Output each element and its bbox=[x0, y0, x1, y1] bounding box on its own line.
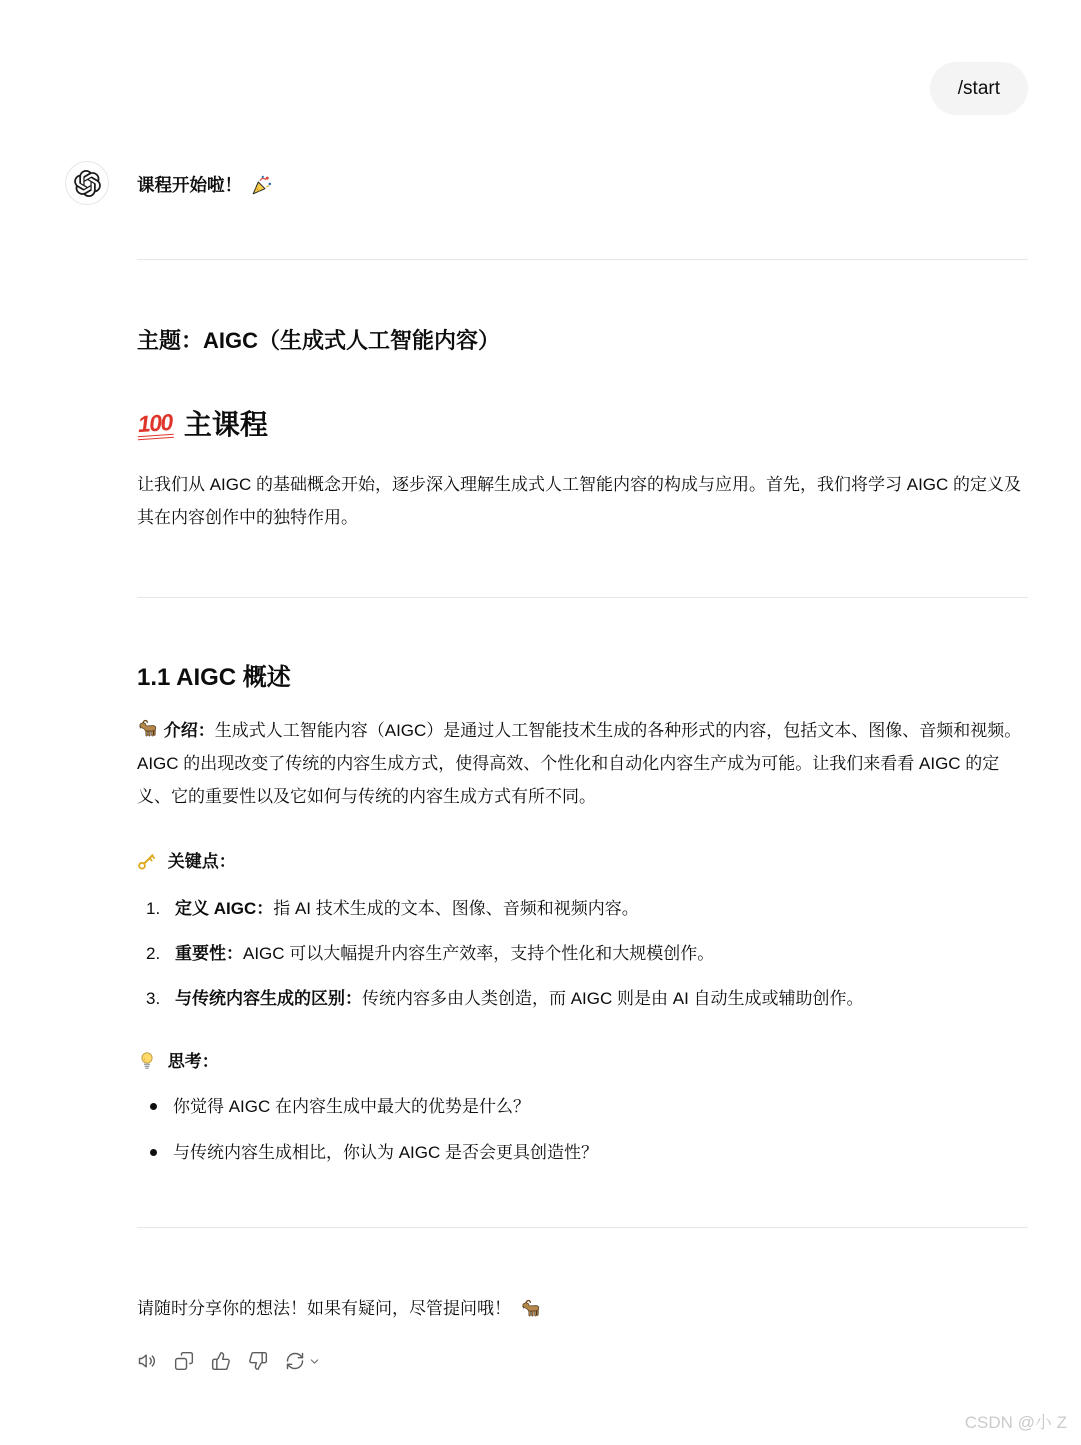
keypoint-desc: 指 AI 技术生成的文本、图像、音频和视频内容。 bbox=[273, 899, 639, 918]
keypoint-term: 定义 AIGC： bbox=[175, 899, 273, 918]
user-message-row: /start bbox=[0, 0, 1081, 115]
chat-page: /start 课程开始啦！ 主题：AIGC（生成式人工智能内容） 100 主课程… bbox=[0, 0, 1081, 1371]
goat-emoji-icon bbox=[520, 1298, 542, 1320]
intro-text: 生成式人工智能内容（AIGC）是通过人工智能技术生成的各种形式的内容，包括文本、… bbox=[137, 721, 1021, 806]
keypoints-list: 1. 定义 AIGC：指 AI 技术生成的文本、图像、音频和视频内容。 2. 重… bbox=[137, 892, 1028, 1015]
closing-text: 请随时分享你的想法！如果有疑问，尽管提问哦！ bbox=[137, 1292, 511, 1325]
keypoint-term: 与传统内容生成的区别： bbox=[175, 989, 362, 1008]
chevron-down-icon bbox=[308, 1355, 321, 1368]
bullet-dot bbox=[150, 1149, 157, 1156]
key-emoji-icon bbox=[137, 851, 157, 871]
greeting-text: 课程开始啦！ bbox=[137, 169, 242, 202]
copy-button[interactable] bbox=[174, 1351, 194, 1371]
hundred-points-emoji: 100 bbox=[136, 410, 174, 439]
regenerate-button[interactable] bbox=[285, 1351, 321, 1371]
keypoint-desc: 传统内容多由人类创造，而 AIGC 则是由 AI 自动生成或辅助创作。 bbox=[362, 989, 864, 1008]
assistant-message-body: 课程开始啦！ 主题：AIGC（生成式人工智能内容） 100 主课程 让我们从 A… bbox=[137, 161, 1028, 1371]
light-bulb-emoji-icon bbox=[137, 1051, 157, 1071]
keypoint-item: 3. 与传统内容生成的区别：传统内容多由人类创造，而 AIGC 则是由 AI 自… bbox=[146, 982, 1028, 1015]
thumbs-up-button[interactable] bbox=[211, 1351, 231, 1371]
watermark: CSDN @小 Z bbox=[965, 1408, 1067, 1433]
speaker-icon bbox=[137, 1351, 157, 1371]
divider bbox=[137, 259, 1028, 260]
lead-paragraph: 让我们从 AIGC 的基础概念开始，逐步深入理解生成式人工智能内容的构成与应用。… bbox=[137, 468, 1028, 534]
keypoint-number: 3. bbox=[146, 982, 167, 1015]
thumbs-down-button[interactable] bbox=[248, 1351, 268, 1371]
copy-icon bbox=[174, 1351, 194, 1371]
party-popper-emoji-icon bbox=[250, 174, 273, 197]
user-message-text: /start bbox=[958, 78, 1000, 99]
intro-paragraph: 介绍：生成式人工智能内容（AIGC）是通过人工智能技术生成的各种形式的内容，包括… bbox=[137, 714, 1028, 813]
read-aloud-button[interactable] bbox=[137, 1351, 157, 1371]
reflect-list: 你觉得 AIGC 在内容生成中最大的优势是什么？ 与传统内容生成相比，你认为 A… bbox=[137, 1090, 1028, 1169]
reflect-item: 你觉得 AIGC 在内容生成中最大的优势是什么？ bbox=[150, 1090, 1028, 1123]
user-message-bubble: /start bbox=[930, 62, 1028, 115]
thumbs-up-icon bbox=[211, 1351, 231, 1371]
keypoint-term: 重要性： bbox=[175, 944, 243, 963]
assistant-avatar bbox=[65, 161, 109, 205]
bullet-dot bbox=[150, 1103, 157, 1110]
goat-emoji-icon bbox=[137, 718, 159, 740]
closing-paragraph: 请随时分享你的想法！如果有疑问，尽管提问哦！ bbox=[137, 1292, 1028, 1325]
main-course-heading: 100 主课程 bbox=[137, 406, 1028, 444]
main-course-title: 主课程 bbox=[184, 406, 268, 444]
keypoint-number: 1. bbox=[146, 892, 167, 925]
reflect-label: 思考： bbox=[137, 1045, 1028, 1078]
keypoint-item: 2. 重要性：AIGC 可以大幅提升内容生产效率，支持个性化和大规模创作。 bbox=[146, 937, 1028, 970]
reflect-item: 与传统内容生成相比，你认为 AIGC 是否会更具创造性？ bbox=[150, 1136, 1028, 1169]
divider bbox=[137, 1227, 1028, 1228]
regenerate-icon bbox=[285, 1351, 305, 1371]
thumbs-down-icon bbox=[248, 1351, 268, 1371]
divider bbox=[137, 597, 1028, 598]
keypoint-item: 1. 定义 AIGC：指 AI 技术生成的文本、图像、音频和视频内容。 bbox=[146, 892, 1028, 925]
openai-logo-icon bbox=[74, 170, 101, 197]
keypoint-number: 2. bbox=[146, 937, 167, 970]
section-heading: 1.1 AIGC 概述 bbox=[137, 662, 1028, 694]
topic-heading: 主题：AIGC（生成式人工智能内容） bbox=[137, 326, 1028, 356]
keypoint-desc: AIGC 可以大幅提升内容生产效率，支持个性化和大规模创作。 bbox=[243, 944, 714, 963]
message-toolbar bbox=[137, 1351, 1028, 1371]
intro-label: 介绍： bbox=[164, 721, 215, 740]
assistant-message-row: 课程开始啦！ 主题：AIGC（生成式人工智能内容） 100 主课程 让我们从 A… bbox=[0, 161, 1081, 1371]
keypoints-label: 关键点： bbox=[137, 845, 1028, 878]
assistant-greeting: 课程开始啦！ bbox=[137, 169, 1028, 202]
